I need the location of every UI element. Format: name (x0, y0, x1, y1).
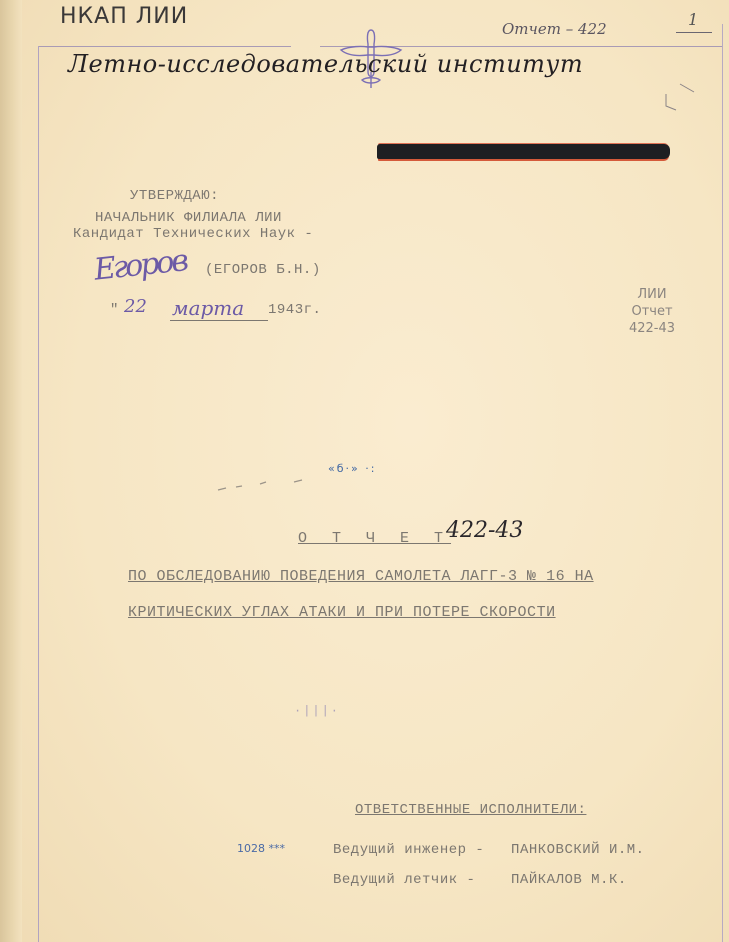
approval-role: НАЧАЛЬНИК ФИЛИАЛА ЛИИ (95, 210, 282, 226)
responsible-role: Ведущий летчик - (333, 872, 475, 888)
institute-name: Летно-исследовательский институт (68, 50, 583, 78)
approval-date-year: 1943г. (268, 302, 321, 318)
stamp-line-2: Отчет (612, 303, 692, 320)
margin-pencil-marks (660, 80, 720, 120)
approval-title: УТВЕРЖДАЮ: (130, 188, 219, 204)
approval-date-underline (170, 320, 268, 321)
frame-line-top-left (38, 46, 291, 47)
approval-date-month: марта (172, 296, 244, 320)
report-subject-line-1: ПО ОБСЛЕДОВАНИЮ ПОВЕДЕНИЯ САМОЛЕТА ЛАГГ-… (128, 568, 594, 585)
archive-stamp: ЛИИ Отчет 422-43 (612, 286, 692, 337)
responsible-row: Ведущий инженер - ПАНКОВСКИЙ И.М. (333, 842, 645, 858)
approval-degree: Кандидат Технических Наук - (73, 226, 313, 242)
stamp-line-3: 422-43 (612, 320, 692, 337)
responsible-title: ОТВЕТСТВЕННЫЕ ИСПОЛНИТЕЛИ: (355, 802, 586, 818)
page-number: 1 (688, 10, 698, 29)
redaction-bar (377, 144, 670, 159)
pencil-dash-marks (214, 478, 324, 492)
blue-ink-marks: «б·» ·: (328, 462, 376, 475)
faint-stamp-mark: ·|||· (294, 704, 340, 718)
approval-date-day: 22 (124, 296, 147, 317)
report-reference: Отчет – 422 (502, 20, 607, 38)
margin-note: 1028 *** (237, 842, 285, 855)
report-title: О Т Ч Е Т (298, 530, 451, 547)
responsible-name: ПАЙКАЛОВ М.К. (511, 872, 627, 888)
responsible-role: Ведущий инженер - (333, 842, 484, 858)
report-subject-line-2: КРИТИЧЕСКИХ УГЛАХ АТАКИ И ПРИ ПОТЕРЕ СКО… (128, 604, 556, 621)
responsible-row: Ведущий летчик - ПАЙКАЛОВ М.К. (333, 872, 627, 888)
frame-line-right (722, 24, 723, 942)
approval-date-quote: " (110, 302, 119, 318)
page-binding-edge (0, 0, 22, 942)
report-number: 422-43 (446, 518, 523, 543)
org-header: НКАП ЛИИ (60, 4, 188, 29)
stamp-line-1: ЛИИ (612, 286, 692, 303)
responsible-name: ПАНКОВСКИЙ И.М. (511, 842, 645, 858)
page-number-underline (676, 32, 712, 33)
approval-name: (ЕГОРОВ Б.Н.) (205, 262, 321, 278)
frame-line-left (38, 46, 39, 942)
